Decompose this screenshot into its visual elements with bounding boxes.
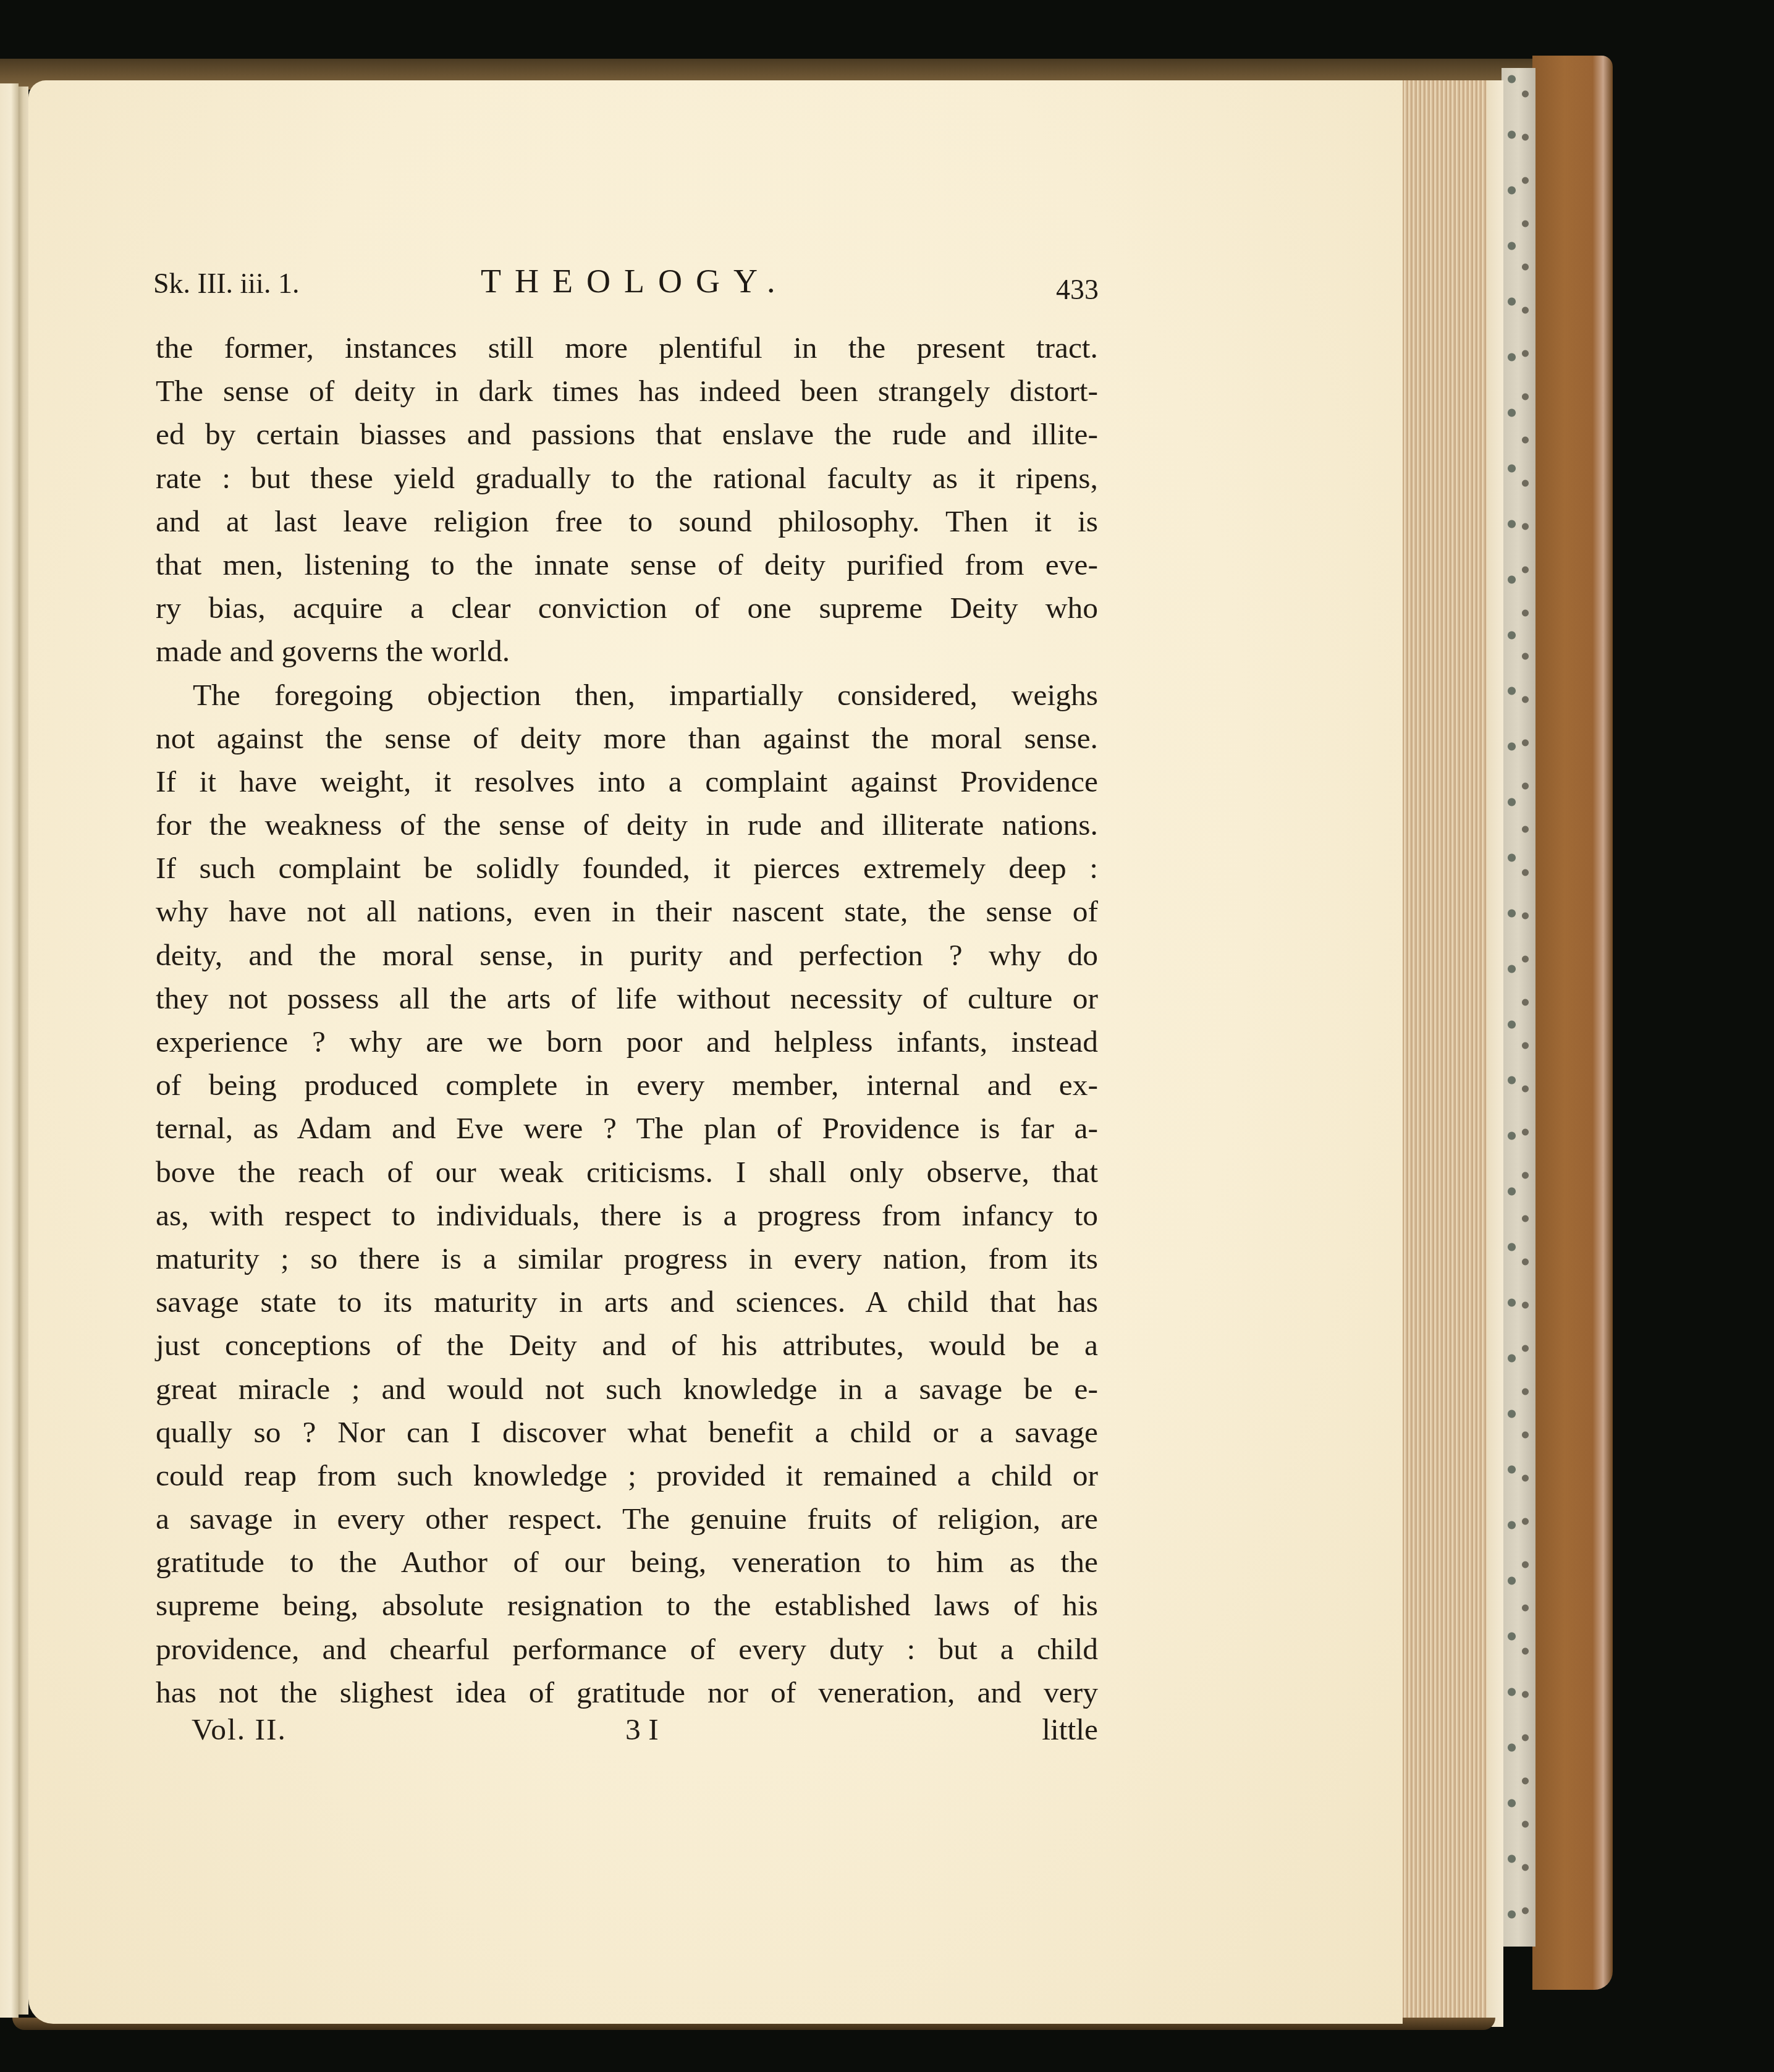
text-line: providence, and chearful performance of …	[156, 1628, 1098, 1671]
text-line: If it have weight, it resolves into a co…	[156, 760, 1098, 803]
running-head: Sk. III. iii. 1. THEOLOGY. 433	[153, 258, 1099, 302]
text-line: why have not all nations, even in their …	[156, 890, 1098, 933]
text-line: If such complaint be solidly founded, it…	[156, 847, 1098, 890]
book-gutter	[19, 87, 28, 2015]
leather-cover	[1532, 56, 1613, 1990]
text-line: The sense of deity in dark times has ind…	[156, 370, 1098, 413]
text-line: not against the sense of deity more than…	[156, 717, 1098, 760]
signature-mark: 3 I	[625, 1712, 659, 1747]
text-line: that men, listening to the innate sense …	[156, 543, 1098, 586]
text-line: bove the reach of our weak criticisms. I…	[156, 1151, 1098, 1194]
text-line: deity, and the moral sense, in purity an…	[156, 934, 1098, 977]
text-line: supreme being, absolute resignation to t…	[156, 1584, 1098, 1627]
text-line: savage state to its maturity in arts and…	[156, 1280, 1098, 1324]
text-line: the former, instances still more plentif…	[156, 326, 1098, 370]
text-line: they not possess all the arts of life wi…	[156, 977, 1098, 1020]
marbled-endpaper	[1502, 68, 1535, 1947]
text-line: could reap from such knowledge ; provide…	[156, 1454, 1098, 1497]
text-line: qually so ? Nor can I discover what bene…	[156, 1411, 1098, 1454]
text-line: has not the slighest idea of gratitude n…	[156, 1671, 1098, 1714]
body-text: the former, instances still more plentif…	[156, 326, 1098, 1714]
text-line: The foregoing objection then, impartiall…	[156, 674, 1098, 717]
chapter-title: THEOLOGY.	[481, 262, 788, 300]
text-line: rate : but these yield gradually to the …	[156, 457, 1098, 500]
text-line: gratitude to the Author of our being, ve…	[156, 1541, 1098, 1584]
text-line: maturity ; so there is a similar progres…	[156, 1237, 1098, 1280]
previous-page-edge	[0, 83, 19, 2018]
text-line: just conceptions of the Deity and of his…	[156, 1324, 1098, 1367]
section-reference: Sk. III. iii. 1.	[153, 267, 299, 300]
volume-label: Vol. II.	[192, 1712, 287, 1747]
text-line: a savage in every other respect. The gen…	[156, 1497, 1098, 1541]
page-block-fore-edge	[1403, 80, 1487, 2021]
text-line: for the weakness of the sense of deity i…	[156, 803, 1098, 847]
flyleaf	[1486, 80, 1503, 2027]
page-footer: Vol. II. 3 I little	[156, 1712, 1098, 1755]
text-line: of being produced complete in every memb…	[156, 1063, 1098, 1107]
text-line: ry bias, acquire a clear conviction of o…	[156, 586, 1098, 630]
text-line: made and governs the world.	[156, 630, 1098, 673]
text-line: great miracle ; and would not such knowl…	[156, 1368, 1098, 1411]
text-line: and at last leave religion free to sound…	[156, 500, 1098, 543]
page-number: 433	[1056, 273, 1099, 306]
catchword: little	[1042, 1712, 1098, 1747]
text-line: ternal, as Adam and Eve were ? The plan …	[156, 1107, 1098, 1150]
text-line: ed by certain biasses and passions that …	[156, 413, 1098, 456]
text-line: as, with respect to individuals, there i…	[156, 1194, 1098, 1237]
text-line: experience ? why are we born poor and he…	[156, 1020, 1098, 1063]
